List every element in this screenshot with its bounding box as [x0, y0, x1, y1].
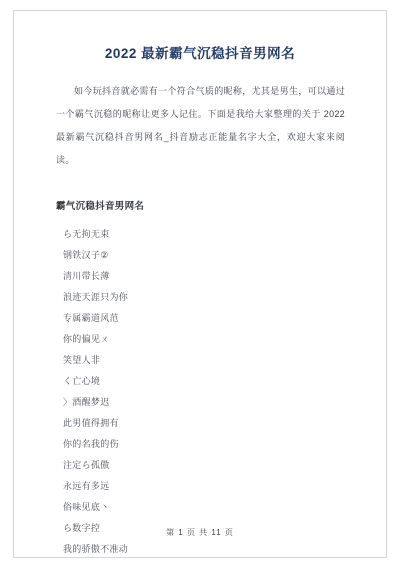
- name-list: ら无拘无束 钢铁汉子② 清川带长薄 浪迹天涯只为你 专属霸道风范 你的偏见ㄨ 笑…: [63, 224, 345, 560]
- list-item: 你的偏见ㄨ: [63, 329, 345, 350]
- list-item: 你的名我的伤: [63, 434, 345, 455]
- list-item: く亡心境: [63, 371, 345, 392]
- list-item: 〉酒醒梦迟: [63, 392, 345, 413]
- list-item: 钢铁汉子②: [63, 245, 345, 266]
- list-item: 专属霸道风范: [63, 308, 345, 329]
- list-item: 笑望人非: [63, 350, 345, 371]
- list-item: 俗味见底丶: [63, 497, 345, 518]
- list-item: 清川带长薄: [63, 266, 345, 287]
- page-content: 2022 最新霸气沉稳抖音男网名 如今玩抖音就必需有一个符合气质的昵称，尤其是男…: [0, 0, 400, 566]
- document-title: 2022 最新霸气沉稳抖音男网名: [40, 46, 360, 62]
- list-item: 永远有多远: [63, 476, 345, 497]
- list-item: 我的骄傲不准动: [63, 539, 345, 560]
- page-footer: 第 1 页 共 11 页: [0, 527, 400, 538]
- list-item: 此男值得拥有: [63, 413, 345, 434]
- document-page: 2022 最新霸气沉稳抖音男网名 如今玩抖音就必需有一个符合气质的昵称，尤其是男…: [0, 0, 400, 566]
- list-item: 注定ら孤傲: [63, 455, 345, 476]
- section-heading: 霸气沉稳抖音男网名: [56, 198, 345, 212]
- list-item: ら无拘无束: [63, 224, 345, 245]
- intro-paragraph: 如今玩抖音就必需有一个符合气质的昵称，尤其是男生，可以通过一个霸气沉稳的昵称让更…: [56, 80, 345, 172]
- list-item: 浪迹天涯只为你: [63, 287, 345, 308]
